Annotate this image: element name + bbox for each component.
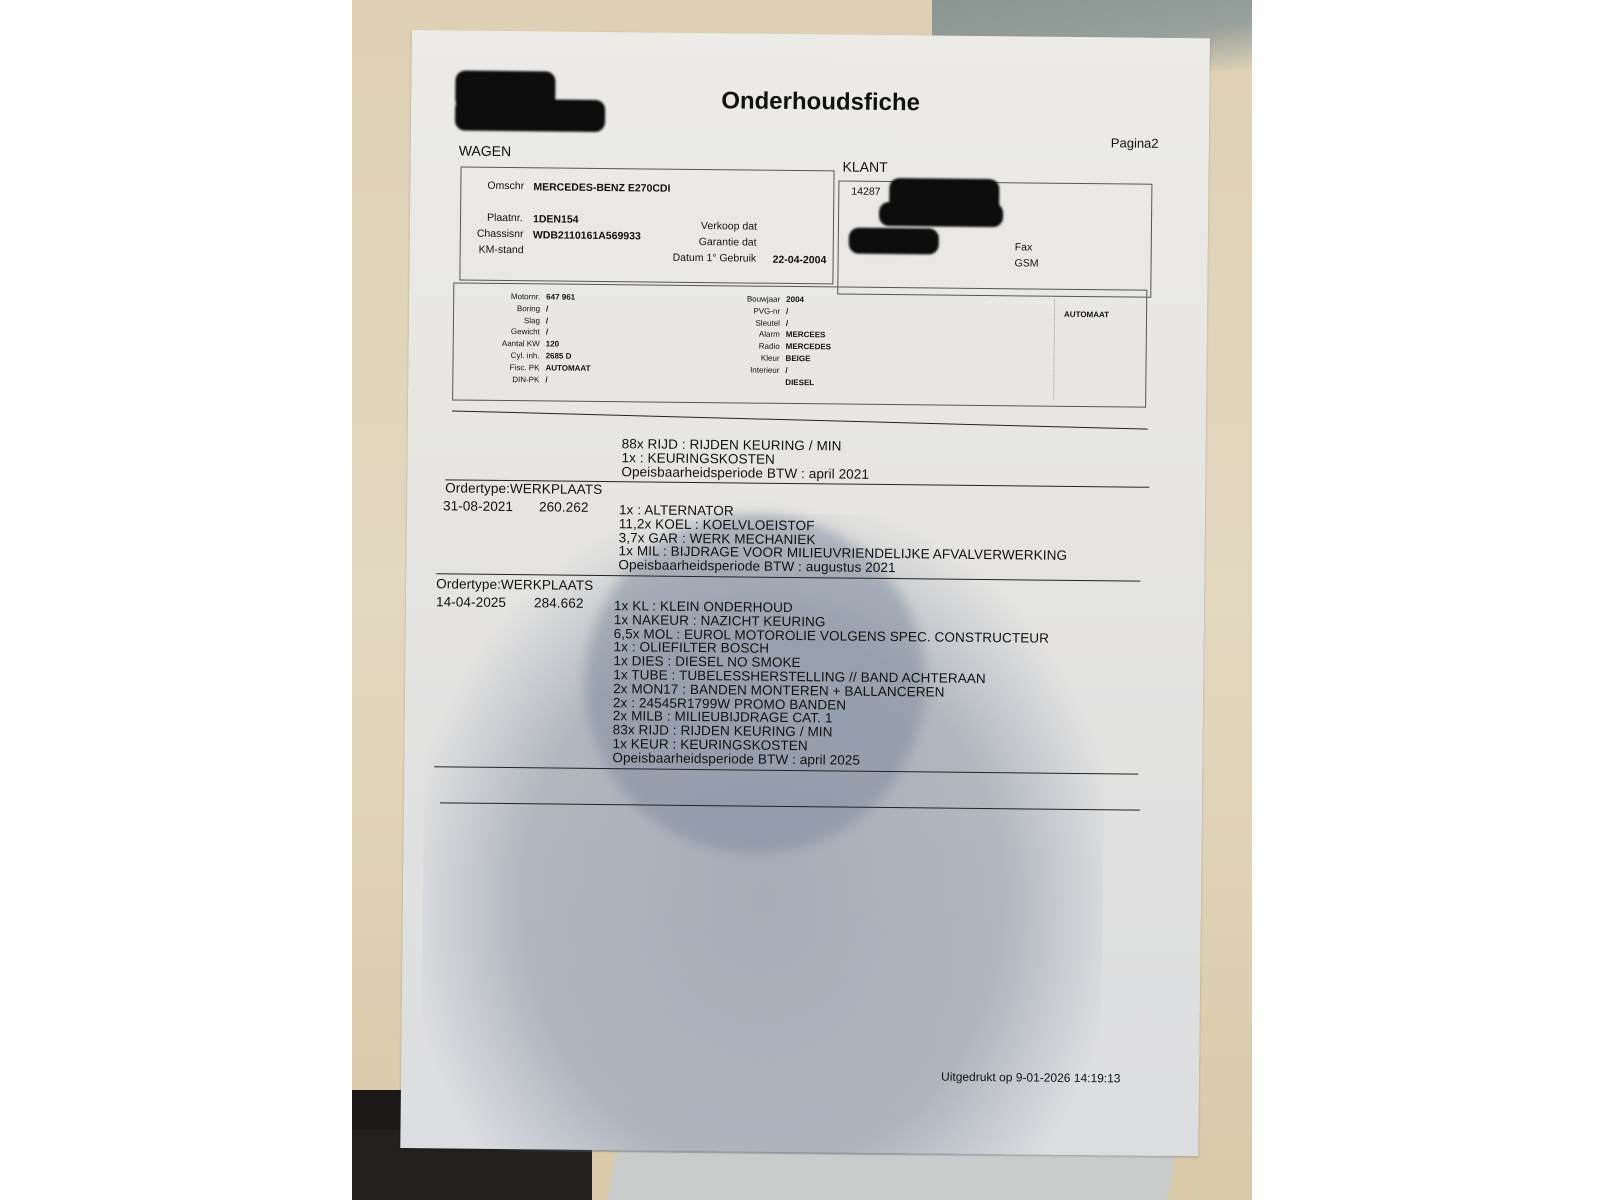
- printed-timestamp: Uitgedrukt op 9-01-2026 14:19:13: [941, 1070, 1121, 1086]
- spec-value: 120: [546, 340, 559, 349]
- order-line: Opeisbaarheidsperiode BTW : april 2025: [612, 750, 860, 768]
- vehicle-info-box: Omschr MERCEDES-BENZ E270CDI Plaatnr. 1D…: [459, 167, 834, 285]
- redaction-logo: [455, 98, 605, 132]
- spec-label: PVG-nr: [700, 306, 780, 316]
- spec-value: /: [546, 304, 548, 313]
- spec-label: Kleur: [700, 353, 780, 363]
- spec-value: MERCEDES: [786, 342, 831, 351]
- maintenance-sheet: Onderhoudsfiche Pagina2 WAGEN KLANT Omsc…: [400, 30, 1210, 1156]
- spec-value: /: [786, 319, 788, 328]
- spec-label: Cyl. inh.: [460, 351, 540, 361]
- chassis-value: WDB2110161A569933: [533, 229, 641, 242]
- spec-value: BEIGE: [786, 354, 811, 363]
- order-line: Opeisbaarheidsperiode BTW : april 2021: [621, 464, 869, 482]
- column-divider: [1053, 300, 1055, 400]
- order-type: Ordertype:WERKPLAATS: [436, 576, 593, 593]
- spec-value: DIESEL: [785, 378, 814, 387]
- spec-value: /: [786, 307, 788, 316]
- klant-section-label: KLANT: [843, 159, 888, 175]
- spec-value: 647 961: [546, 292, 575, 301]
- gsm-label: GSM: [1015, 257, 1039, 269]
- spec-label: Fisc. PK: [459, 362, 539, 372]
- field-label: Chassisnr: [477, 228, 524, 240]
- order-date: 14-04-2025: [436, 594, 506, 610]
- technical-specs-box: Motornr.647 961Boring/Slag/Gewicht/Aanta…: [452, 282, 1147, 407]
- order-type: Ordertype:WERKPLAATS: [445, 480, 602, 497]
- order-date: 31-08-2021: [443, 498, 513, 514]
- spec-label: Motornr.: [460, 292, 540, 302]
- plate-value: 1DEN154: [533, 213, 579, 225]
- order-line: Opeisbaarheidsperiode BTW : augustus 202…: [618, 557, 895, 575]
- spec-label: Bouwjaar: [700, 294, 780, 304]
- field-label: Plaatnr.: [487, 212, 523, 224]
- fax-label: Fax: [1015, 241, 1033, 253]
- spec-extra-value: AUTOMAAT: [1064, 310, 1109, 319]
- spec-label: Gewicht: [460, 327, 540, 337]
- document-title: Onderhoudsfiche: [721, 87, 920, 117]
- field-label: Datum 1° Gebruik: [673, 252, 757, 265]
- field-label: Omschr: [487, 180, 524, 192]
- spec-value: AUTOMAAT: [545, 363, 590, 372]
- first-use-date: 22-04-2004: [773, 254, 827, 267]
- spec-label: Interieur: [699, 365, 779, 375]
- description-value: MERCEDES-BENZ E270CDI: [533, 181, 670, 194]
- separator: [452, 410, 1148, 429]
- order-km: 284.662: [534, 595, 584, 611]
- spec-value: MERCEES: [786, 330, 826, 339]
- field-label: KM-stand: [479, 244, 524, 256]
- order-km: 260.262: [539, 499, 589, 515]
- field-label: Verkoop dat: [701, 220, 757, 233]
- page-number: Pagina2: [1111, 135, 1159, 150]
- redaction-customer-address: [849, 228, 939, 255]
- redaction-customer-name: [879, 202, 1003, 227]
- customer-number: 14287: [851, 186, 880, 198]
- spec-label: Slag: [460, 315, 540, 325]
- wagen-section-label: WAGEN: [459, 142, 512, 159]
- spec-value: /: [785, 366, 787, 375]
- spec-value: 2004: [786, 295, 804, 304]
- spec-label: Sleutel: [700, 318, 780, 328]
- spec-label: Radio: [700, 341, 780, 351]
- spec-label: Alarm: [700, 329, 780, 339]
- spec-label: [699, 377, 779, 378]
- field-label: Garantie dat: [699, 236, 757, 249]
- spec-value: 2685 D: [546, 351, 572, 360]
- spec-value: /: [546, 328, 548, 337]
- spec-label: DIN-PK: [459, 374, 539, 384]
- spec-value: /: [546, 316, 548, 325]
- spec-value: /: [545, 375, 547, 384]
- spec-label: Aantal KW: [460, 339, 540, 349]
- spec-label: Boring: [460, 303, 540, 313]
- customer-info-box: 14287 Fax GSM: [837, 180, 1152, 297]
- paper-tray: [608, 1150, 1177, 1200]
